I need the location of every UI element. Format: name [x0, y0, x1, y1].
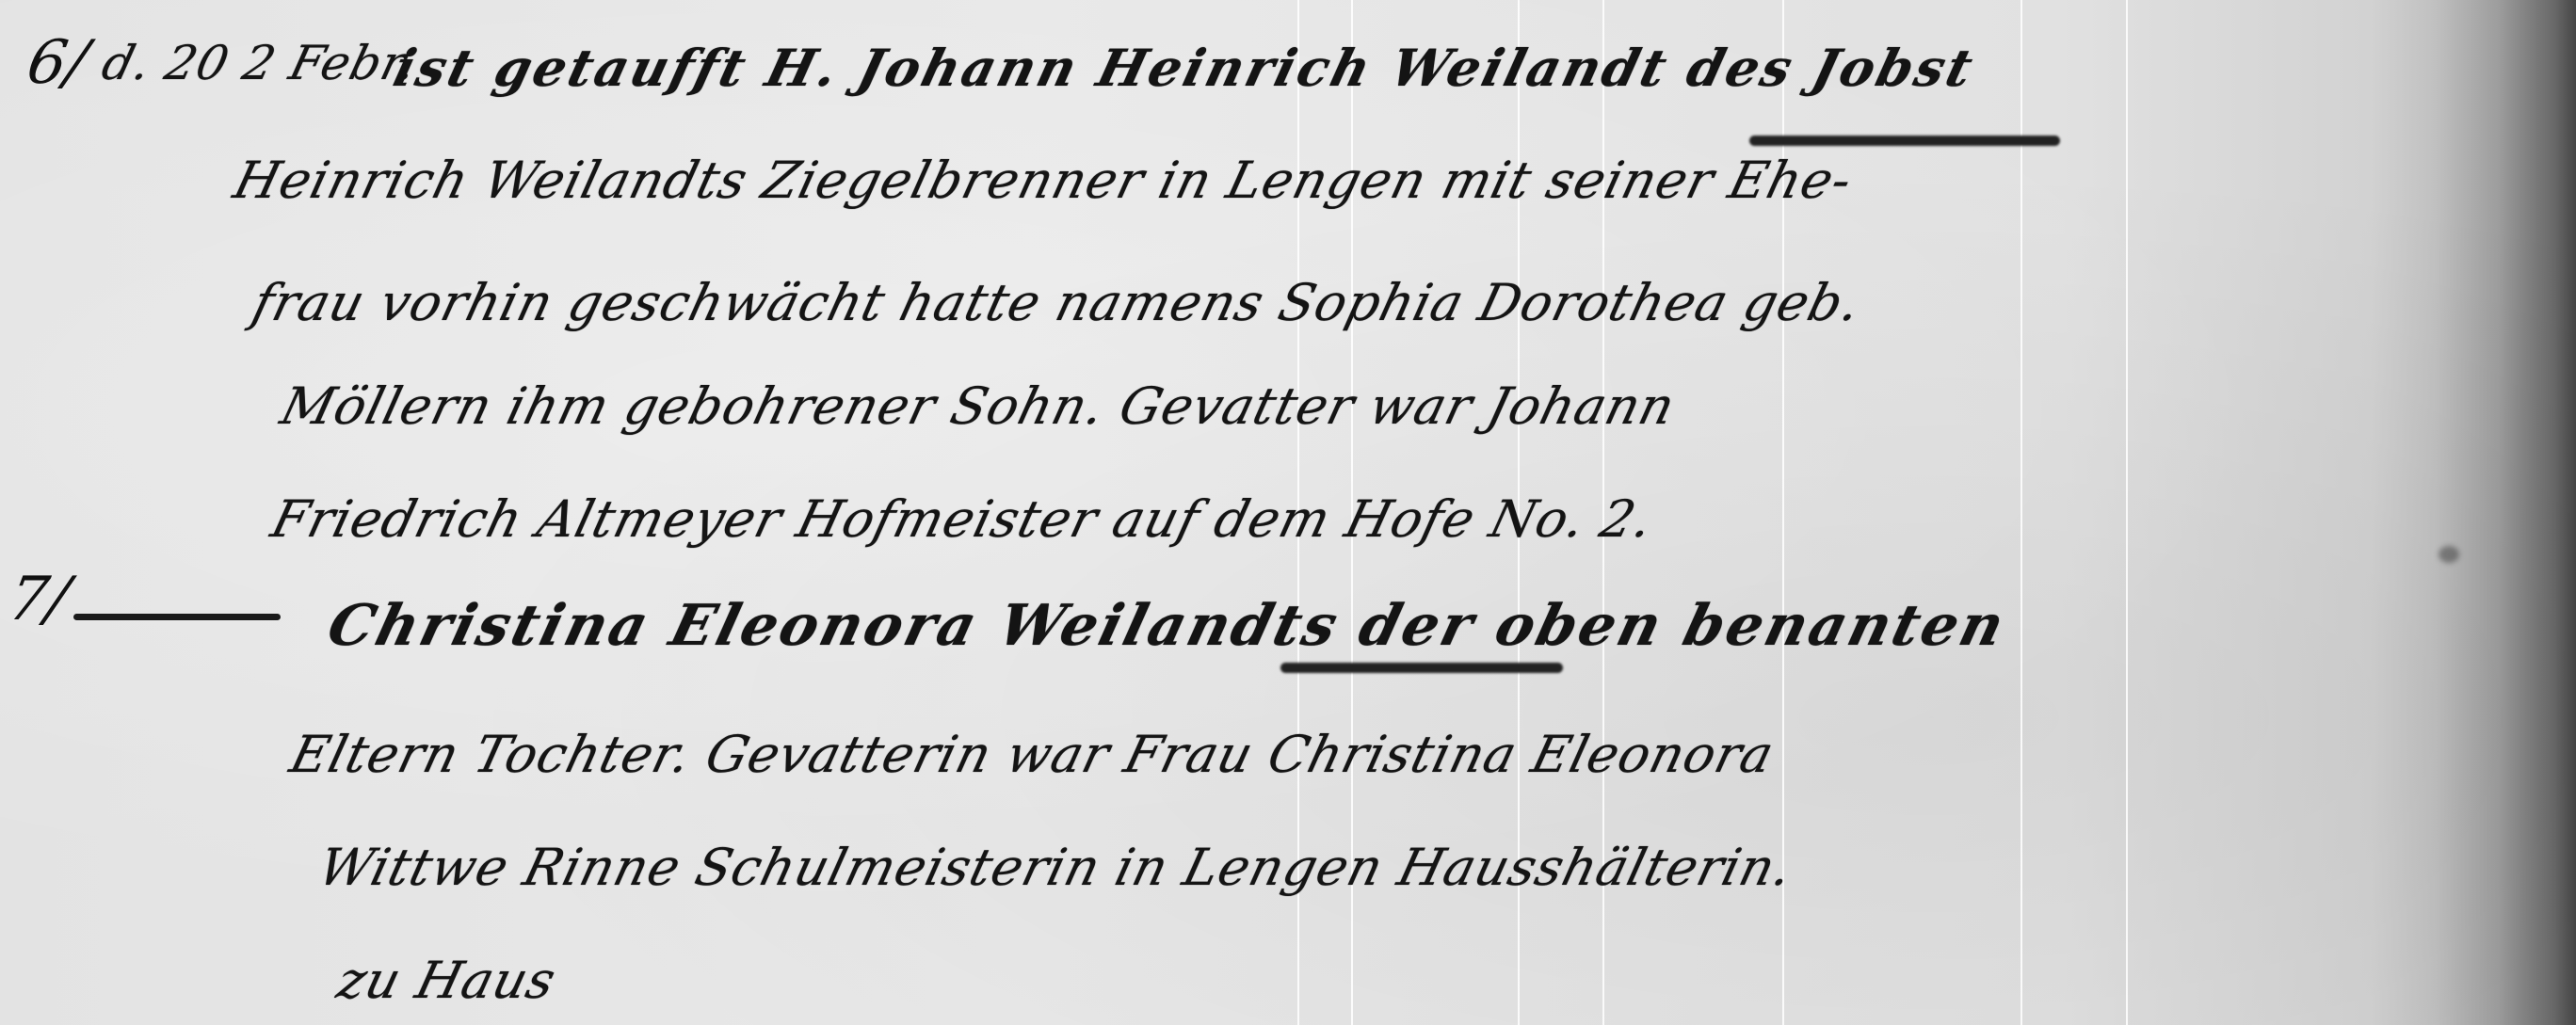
entry-6-date: d. 20 2 Febr. [97, 36, 423, 90]
entry-7-line-2: Eltern Tochter. Gevatterin war Frau Chri… [284, 725, 1779, 784]
entry-6-line-4: Möllern ihm gebohrener Sohn. Gevatter wa… [275, 376, 1682, 436]
scan-artifact-line [2126, 0, 2128, 1025]
entry-6-line-1: ist getaufft H. Johann Heinrich Weilandt… [388, 38, 1981, 98]
scan-artifact-line [2021, 0, 2022, 1025]
entry-6-line-3: frau vorhin geschwächt hatte namens Soph… [247, 273, 1867, 332]
ink-blot [2439, 546, 2459, 563]
entry-number-7: 7/ [3, 565, 73, 634]
entry-6-line-5: Friedrich Altmeyer Hofmeister auf dem Ho… [266, 489, 1659, 549]
entry-dash [73, 614, 281, 620]
entry-7-line-1: Christina Eleonora Weilandts der oben be… [321, 593, 2013, 659]
entry-6-line-2: Heinrich Weilandts Ziegelbrenner in Leng… [228, 151, 1859, 210]
register-page: 6/ d. 20 2 Febr. ist getaufft H. Johann … [0, 0, 2576, 1025]
entry-7-line-3: Wittwe Rinne Schulmeisterin in Lengen Ha… [313, 838, 1798, 897]
entry-7-line-4: zu Haus [331, 951, 562, 1010]
surname-underline [1749, 136, 2060, 146]
entry-number-6: 6/ [22, 28, 92, 98]
page-binding-shadow [2435, 0, 2576, 1025]
surname-underline [1280, 663, 1563, 673]
